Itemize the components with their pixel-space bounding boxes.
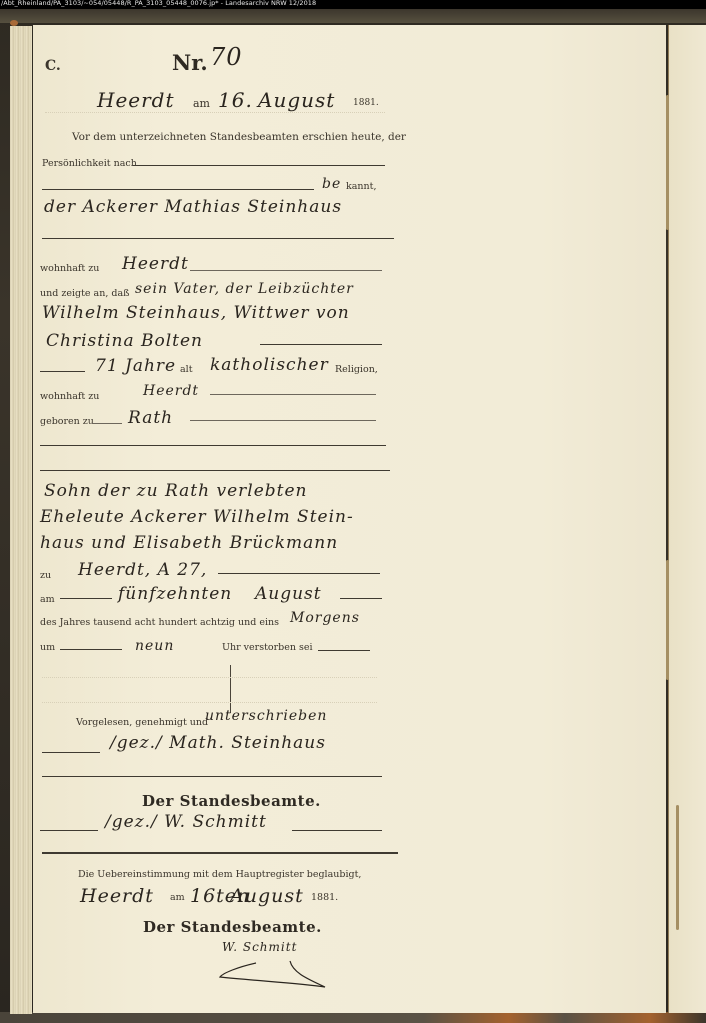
fill-line (60, 598, 112, 599)
fill-line (40, 445, 386, 446)
binding-thread-mark (666, 95, 669, 230)
fill-line (42, 189, 314, 190)
binding-bottom-edge (0, 1012, 706, 1023)
born-value: Rath (128, 408, 173, 428)
fill-line (210, 394, 376, 395)
personality-label: Persönlichkeit nach (42, 158, 137, 169)
fill-line (260, 344, 382, 345)
stacked-page-edges (10, 26, 32, 1014)
fill-line (40, 371, 85, 372)
deceased-residence-value: Heerdt (143, 383, 199, 399)
place-handwritten: Heerdt (97, 88, 175, 112)
parents-line-2: Eheleute Ackerer Wilhelm Stein- (40, 507, 354, 527)
death-place-value: Heerdt, A 27, (78, 560, 207, 580)
intro-line: Vor dem unterzeichneten Standesbeamten e… (72, 131, 406, 143)
cert-signature: W. Schmitt (222, 940, 297, 954)
registrar-signature: /gez./ W. Schmitt (105, 812, 267, 832)
fill-line (218, 573, 380, 574)
religion-value: katholischer (210, 355, 329, 375)
fill-line (40, 470, 390, 471)
death-day-value: fünfzehnten (118, 584, 232, 604)
cert-month: August (230, 885, 304, 907)
guide-line (42, 677, 377, 678)
death-day-label: am (40, 594, 55, 605)
day-handwritten: 16. (218, 88, 253, 112)
born-label: geboren zu (40, 416, 94, 427)
died-phrase: Uhr verstorben sei (222, 642, 313, 653)
declarant-signature: /gez./ Math. Steinhaus (110, 733, 326, 753)
am-label: am (193, 97, 210, 110)
death-month: August (255, 584, 322, 604)
cancel-stroke (230, 665, 231, 713)
fill-line (292, 830, 382, 831)
reported-label: und zeigte an, daß (40, 288, 129, 299)
parents-line-1: Sohn der zu Rath verlebten (44, 481, 308, 501)
cert-year: 1881. (311, 892, 338, 903)
reported-text-3: Christina Bolten (46, 331, 203, 351)
fill-line (60, 649, 122, 650)
binding-thread-mark (666, 560, 669, 680)
guide-line (42, 702, 377, 703)
death-place-label: zu (40, 570, 51, 581)
age-label: alt (180, 364, 193, 375)
reported-text-2: Wilhelm Steinhaus, Wittwer von (42, 303, 350, 323)
fill-line (340, 598, 382, 599)
binding-thread-mark (676, 805, 679, 930)
parents-line-3: haus und Elisabeth Brückmann (40, 533, 338, 553)
month-handwritten: August (258, 88, 335, 112)
fill-line (40, 830, 98, 831)
fill-line (190, 270, 382, 271)
hour-value: neun (135, 638, 174, 654)
declarant-name: der Ackerer Mathias Steinhaus (44, 197, 342, 217)
year-printed: 1881. (353, 98, 379, 108)
guide-line (45, 112, 385, 113)
fill-line (92, 423, 122, 424)
known-printed: kannt, (346, 181, 377, 192)
fill-line (42, 238, 394, 239)
viewer-title: /Abt_Rheinland/PA_3103/~054/05448/R_PA_3… (1, 0, 316, 7)
fill-line (318, 650, 370, 651)
record-number-value: 70 (210, 43, 243, 71)
fill-line (42, 752, 100, 753)
time-of-day: Morgens (290, 610, 360, 626)
fill-line (42, 776, 382, 777)
cert-am: am (170, 892, 185, 903)
certification-line: Die Uebereinstimmung mit dem Hauptregist… (78, 869, 361, 880)
religion-label: Religion, (335, 364, 378, 375)
read-approved-handwritten: unterschrieben (205, 708, 327, 724)
next-page-edge (668, 25, 706, 1013)
read-approved-label: Vorgelesen, genehmigt und (76, 717, 208, 728)
reported-text-1: sein Vater, der Leibzüchter (135, 281, 354, 297)
record-number-label: Nr. (172, 50, 208, 75)
known-handwritten: be (322, 176, 341, 192)
residence-value: Heerdt (122, 254, 189, 274)
section-divider (42, 852, 398, 854)
cert-registrar-heading: Der Standesbeamte. (143, 918, 322, 936)
form-letter: C. (45, 58, 61, 74)
year-phrase: des Jahres tausend acht hundert achtzig … (40, 617, 279, 628)
registrar-heading: Der Standesbeamte. (142, 792, 321, 810)
age-value: 71 Jahre (95, 356, 176, 376)
hour-label: um (40, 642, 55, 653)
binding-top-edge (0, 9, 706, 23)
fill-line (133, 165, 385, 166)
signature-flourish-icon (218, 955, 328, 995)
viewer-title-bar: /Abt_Rheinland/PA_3103/~054/05448/R_PA_3… (0, 0, 706, 9)
residence-label: wohnhaft zu (40, 263, 99, 274)
fill-line (190, 420, 376, 421)
cert-place: Heerdt (80, 885, 154, 907)
deceased-residence-label: wohnhaft zu (40, 391, 99, 402)
